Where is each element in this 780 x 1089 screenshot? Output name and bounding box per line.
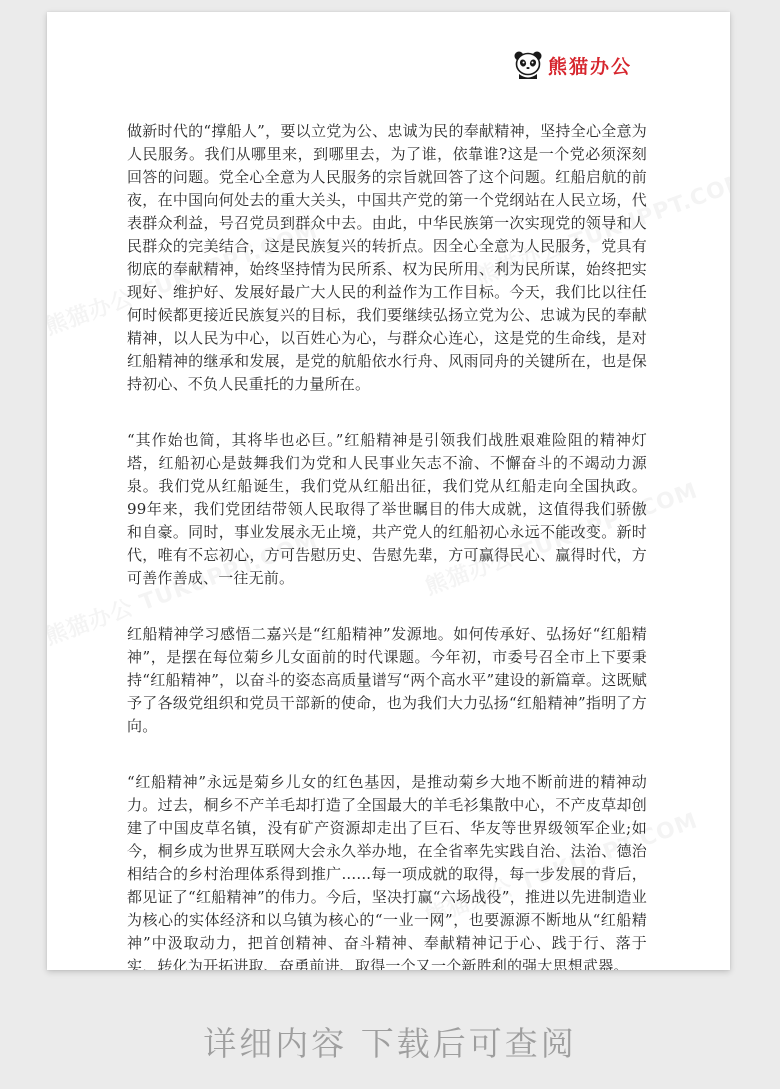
paragraph: “其作始也简，其将毕也必巨。”红船精神是引领我们战胜艰难险阻的精神灯塔，红船初心… — [127, 429, 647, 590]
brand-name: 熊猫办公 — [548, 52, 632, 79]
document-page: 熊猫办公 TUKUPPT.COM 熊猫办公 TUKUPPT.COM 熊猫办公 T… — [47, 12, 730, 970]
panda-icon — [514, 50, 542, 80]
paragraph: 红船精神学习感悟二嘉兴是“红船精神”发源地。如何传承好、弘扬好“红船精神”，是摆… — [127, 623, 647, 738]
document-body: 做新时代的“撑船人”，要以立党为公、忠诚为民的奉献精神，坚持全心全意为人民服务。… — [127, 120, 647, 970]
paragraph: 做新时代的“撑船人”，要以立党为公、忠诚为民的奉献精神，坚持全心全意为人民服务。… — [127, 120, 647, 396]
download-to-view-notice: 详细内容 下载后可查阅 — [0, 1018, 780, 1065]
paragraph: “红船精神”永远是菊乡儿女的红色基因，是推动菊乡大地不断前进的精神动力。过去，桐… — [127, 771, 647, 970]
brand-logo: 熊猫办公 — [514, 50, 632, 80]
